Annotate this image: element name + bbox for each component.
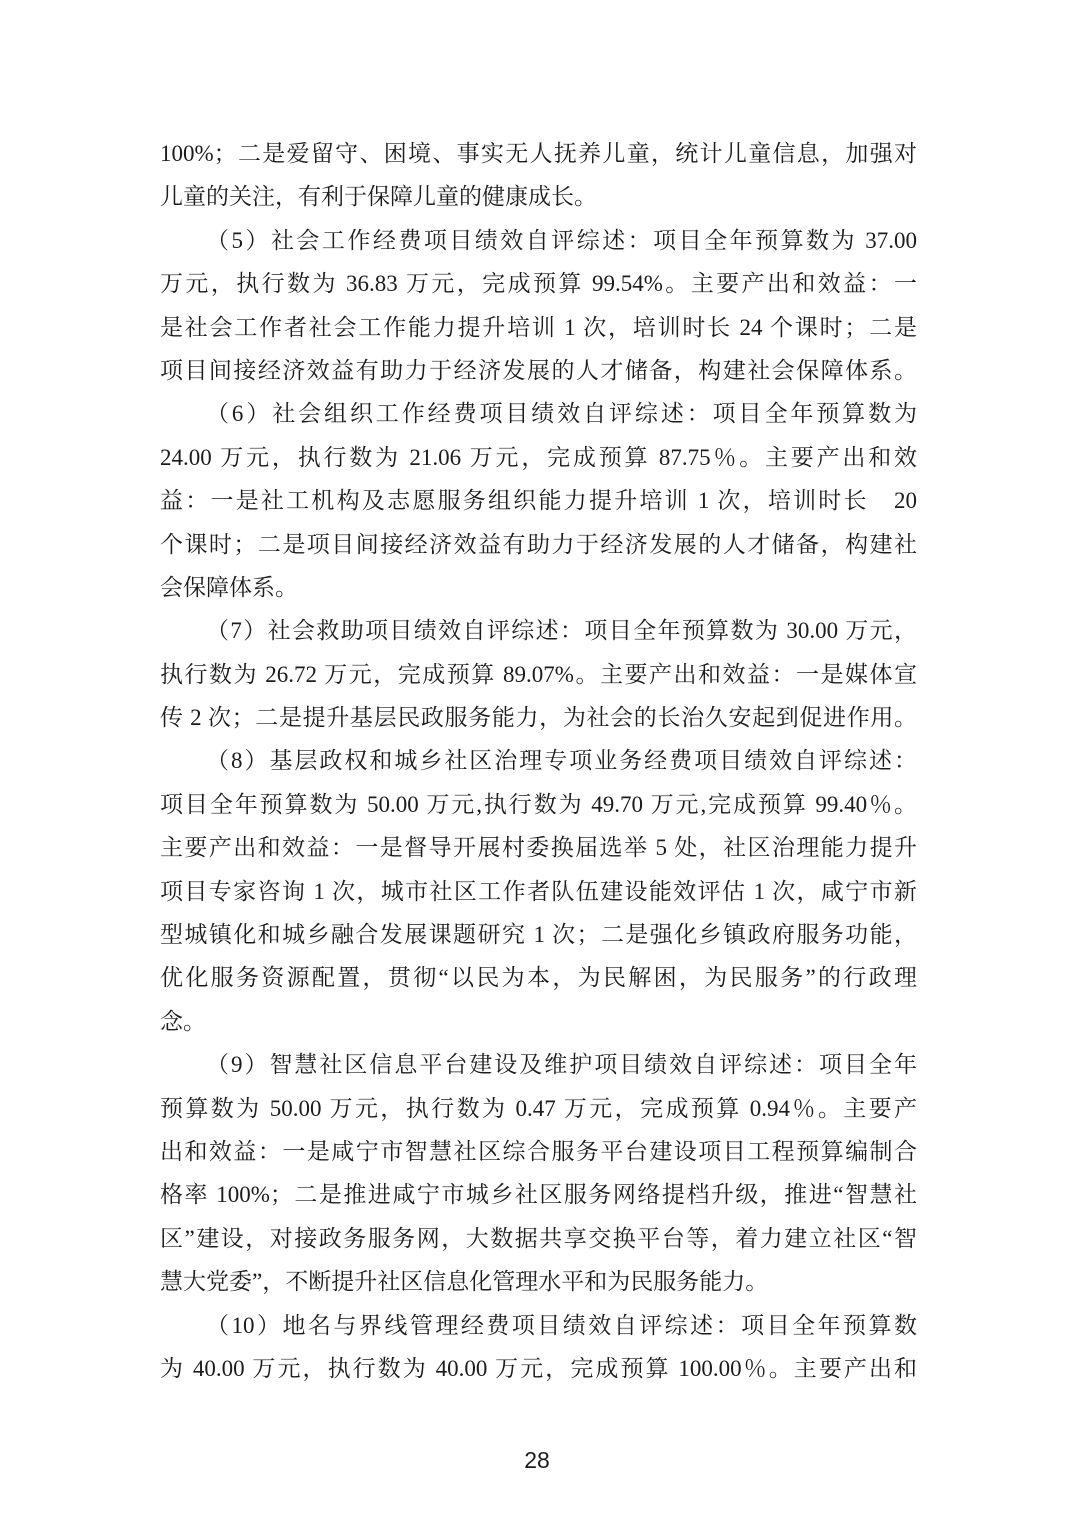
text-line: 主要产出和效益：一是督导开展村委换届选举 5 处，社区治理能力提升: [160, 826, 917, 869]
text-line: 出和效益：一是咸宁市智慧社区综合服务平台建设项目工程预算编制合: [160, 1130, 917, 1173]
page-footer: 28: [0, 1447, 1074, 1474]
text-line: 项目专家咨询 1 次，城市社区工作者队伍建设能效评估 1 次，咸宁市新: [160, 870, 917, 913]
text-line: 型城镇化和城乡融合发展课题研究 1 次；二是强化乡镇政府服务功能，: [160, 913, 917, 956]
text-line: 传 2 次；二是提升基层民政服务能力，为社会的长治久安起到促进作用。: [160, 696, 917, 739]
text-line: 儿童的关注，有利于保障儿童的健康成长。: [160, 175, 917, 218]
text-line: （9）智慧社区信息平台建设及维护项目绩效自评综述：项目全年: [160, 1043, 917, 1086]
text-line: 念。: [160, 1000, 917, 1043]
text-line: （7）社会救助项目绩效自评综述：项目全年预算数为 30.00 万元，: [160, 609, 917, 652]
text-line: 24.00 万元，执行数为 21.06 万元，完成预算 87.75％。主要产出和…: [160, 436, 917, 479]
text-line: 为 40.00 万元，执行数为 40.00 万元，完成预算 100.00％。主要…: [160, 1347, 917, 1390]
text-line: （6）社会组织工作经费项目绩效自评综述：项目全年预算数为: [160, 392, 917, 435]
text-line: 慧大党委”，不断提升社区信息化管理水平和为民服务能力。: [160, 1260, 917, 1303]
text-line: 万元，执行数为 36.83 万元，完成预算 99.54%。主要产出和效益：一: [160, 262, 917, 305]
text-line: 预算数为 50.00 万元，执行数为 0.47 万元，完成预算 0.94％。主要…: [160, 1087, 917, 1130]
text-line: （8）基层政权和城乡社区治理专项业务经费项目绩效自评综述：: [160, 739, 917, 782]
text-line: （5）社会工作经费项目绩效自评综述：项目全年预算数为 37.00: [160, 219, 917, 262]
text-line: 项目间接经济效益有助力于经济发展的人才储备，构建社会保障体系。: [160, 349, 917, 392]
text-line: 优化服务资源配置，贯彻“以民为本，为民解困，为民服务”的行政理: [160, 956, 917, 999]
text-line: 会保障体系。: [160, 566, 917, 609]
text-line: 个课时；二是项目间接经济效益有助力于经济发展的人才储备，构建社: [160, 523, 917, 566]
text-line: 区”建设，对接政务服务网，大数据共享交换平台等，着力建立社区“智: [160, 1217, 917, 1260]
text-line: 100%；二是爱留守、困境、事实无人抚养儿童，统计儿童信息，加强对: [160, 132, 917, 175]
text-line: （10）地名与界线管理经费项目绩效自评综述：项目全年预算数: [160, 1304, 917, 1347]
document-body: 100%；二是爱留守、困境、事实无人抚养儿童，统计儿童信息，加强对儿童的关注，有…: [160, 132, 917, 1390]
document-page: 100%；二是爱留守、困境、事实无人抚养儿童，统计儿童信息，加强对儿童的关注，有…: [0, 0, 1074, 1520]
page-number: 28: [524, 1447, 550, 1473]
text-line: 益：一是社工机构及志愿服务组织能力提升培训 1 次，培训时长 20: [160, 479, 917, 522]
text-line: 是社会工作者社会工作能力提升培训 1 次，培训时长 24 个课时；二是: [160, 306, 917, 349]
text-line: 项目全年预算数为 50.00 万元,执行数为 49.70 万元,完成预算 99.…: [160, 783, 917, 826]
text-line: 格率 100%；二是推进咸宁市城乡社区服务网络提档升级，推进“智慧社: [160, 1173, 917, 1216]
text-line: 执行数为 26.72 万元，完成预算 89.07%。主要产出和效益：一是媒体宣: [160, 653, 917, 696]
